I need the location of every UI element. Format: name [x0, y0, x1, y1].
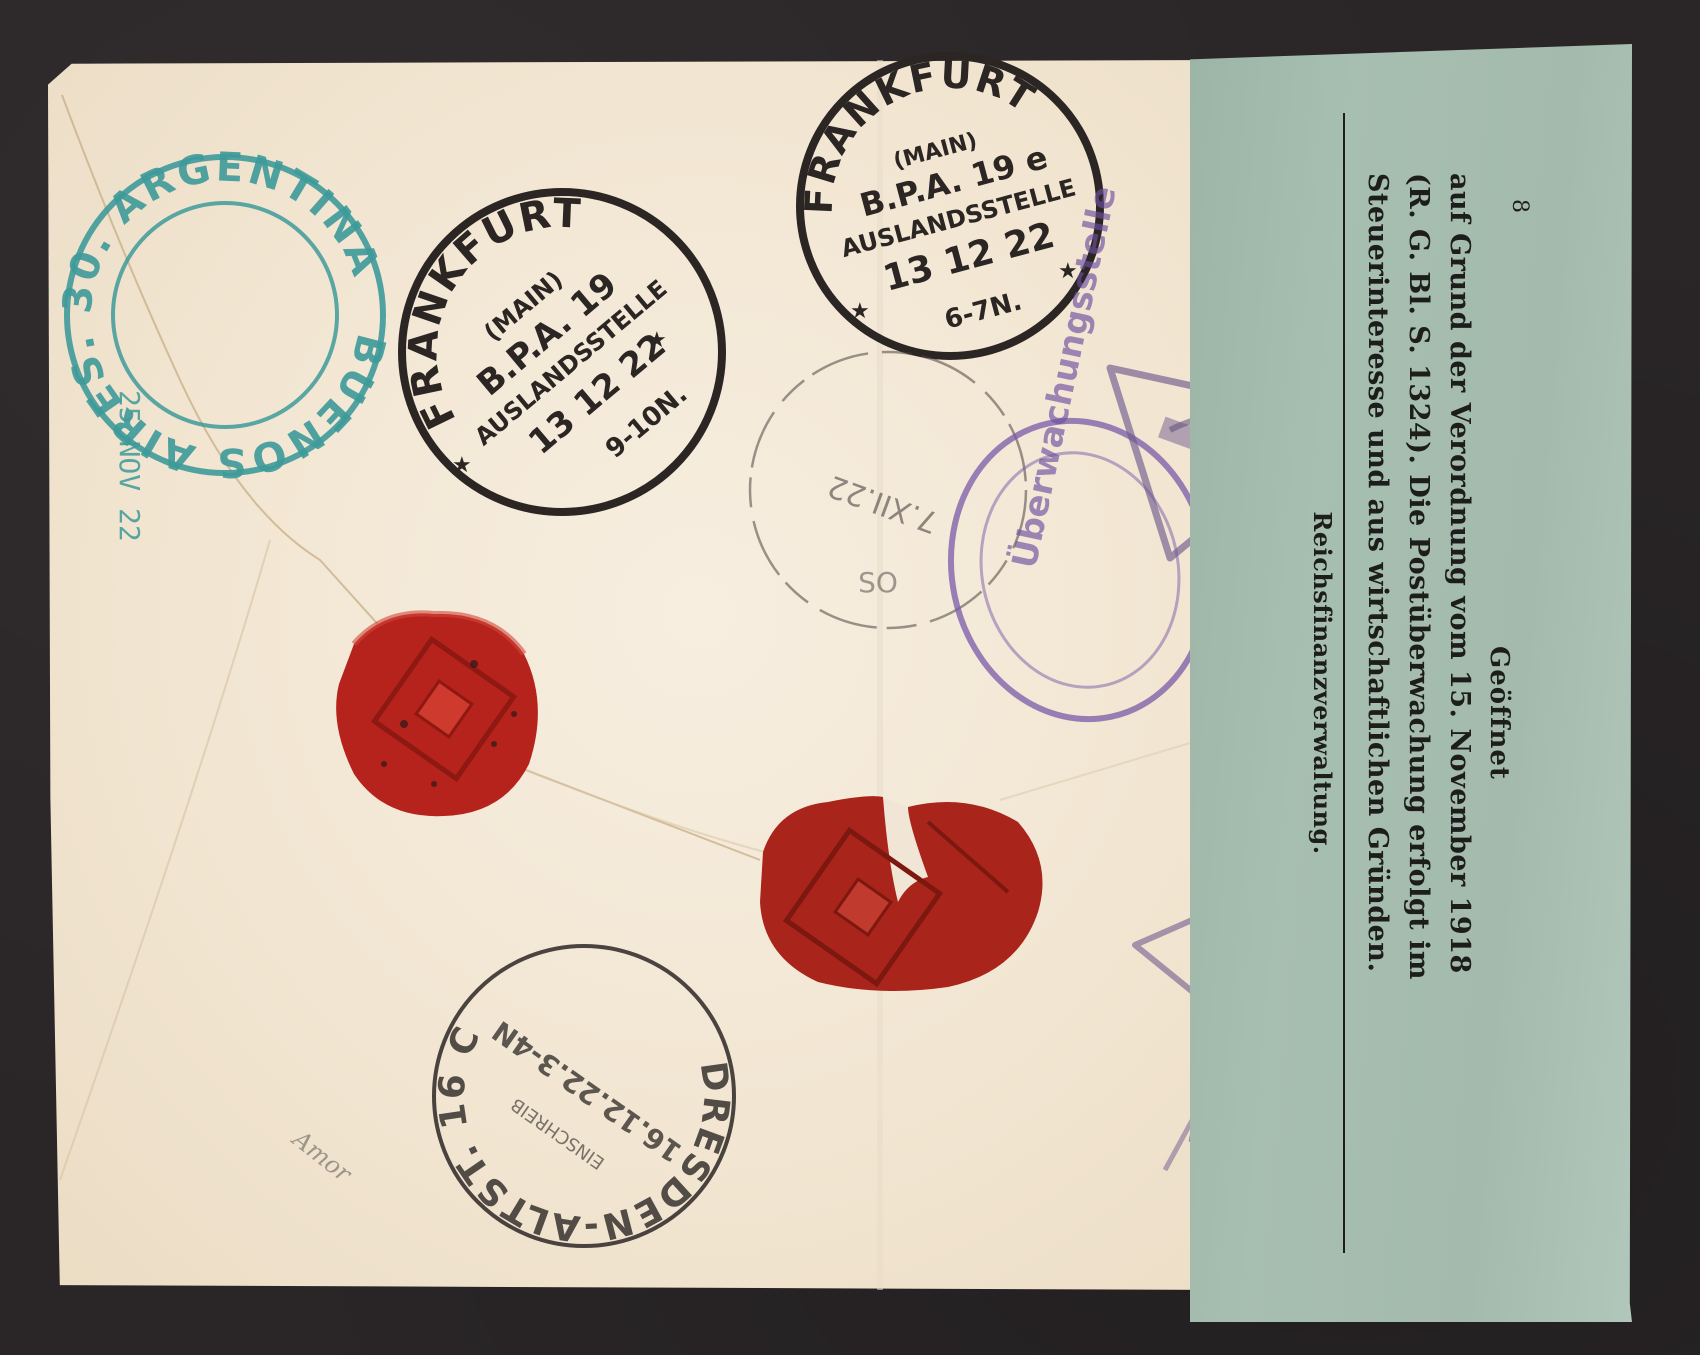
frankfurt-postmark-left: FRANKFURT (MAIN) B.P.A. 19 AUSLANDSSTELL… [392, 182, 732, 526]
buenos-aires-postmark: BUENOS AIRES. 30. ARGENTINA 25 NOV 22 [40, 130, 410, 504]
svg-text:7.XII.22: 7.XII.22 [823, 468, 943, 540]
label-line-1: auf Grund der Verordnung vom 15. Novembe… [1439, 173, 1480, 1253]
wax-seal-lower [748, 782, 1058, 1006]
label-title: Geöffnet [1484, 173, 1514, 1253]
dresden-postmark: DRESDEN-ALTST. 16 C 16.12.22.3-4N EINSCH… [424, 936, 744, 1260]
svg-text:25 NOV 22: 25 NOV 22 [113, 390, 146, 542]
label-body: auf Grund der Verordnung vom 15. Novembe… [1357, 113, 1480, 1253]
label-page-number: 8 [1507, 199, 1532, 213]
label-signature: Reichsfinanzverwaltung. [1308, 113, 1337, 1253]
svg-text:BUENOS AIRES. 30. ARGENTINA: BUENOS AIRES. 30. ARGENTINA [54, 144, 393, 485]
label-line-3: Steuerinteresse und aus wirtschaftlichen… [1357, 173, 1398, 1253]
svg-text:★: ★ [850, 299, 870, 324]
svg-text:6-7N.: 6-7N. [941, 286, 1025, 335]
censor-label-text: 8 Geöffnet auf Grund der Verordnung vom … [1190, 44, 1632, 1322]
svg-text:★: ★ [452, 453, 472, 478]
svg-text:★: ★ [647, 328, 667, 353]
label-line-2: (R. G. Bl. S. 1324). Die Postüberwachung… [1398, 173, 1439, 1253]
svg-text:SO: SO [858, 566, 898, 599]
wax-seal-upper [324, 604, 554, 828]
label-divider [1343, 113, 1345, 1253]
